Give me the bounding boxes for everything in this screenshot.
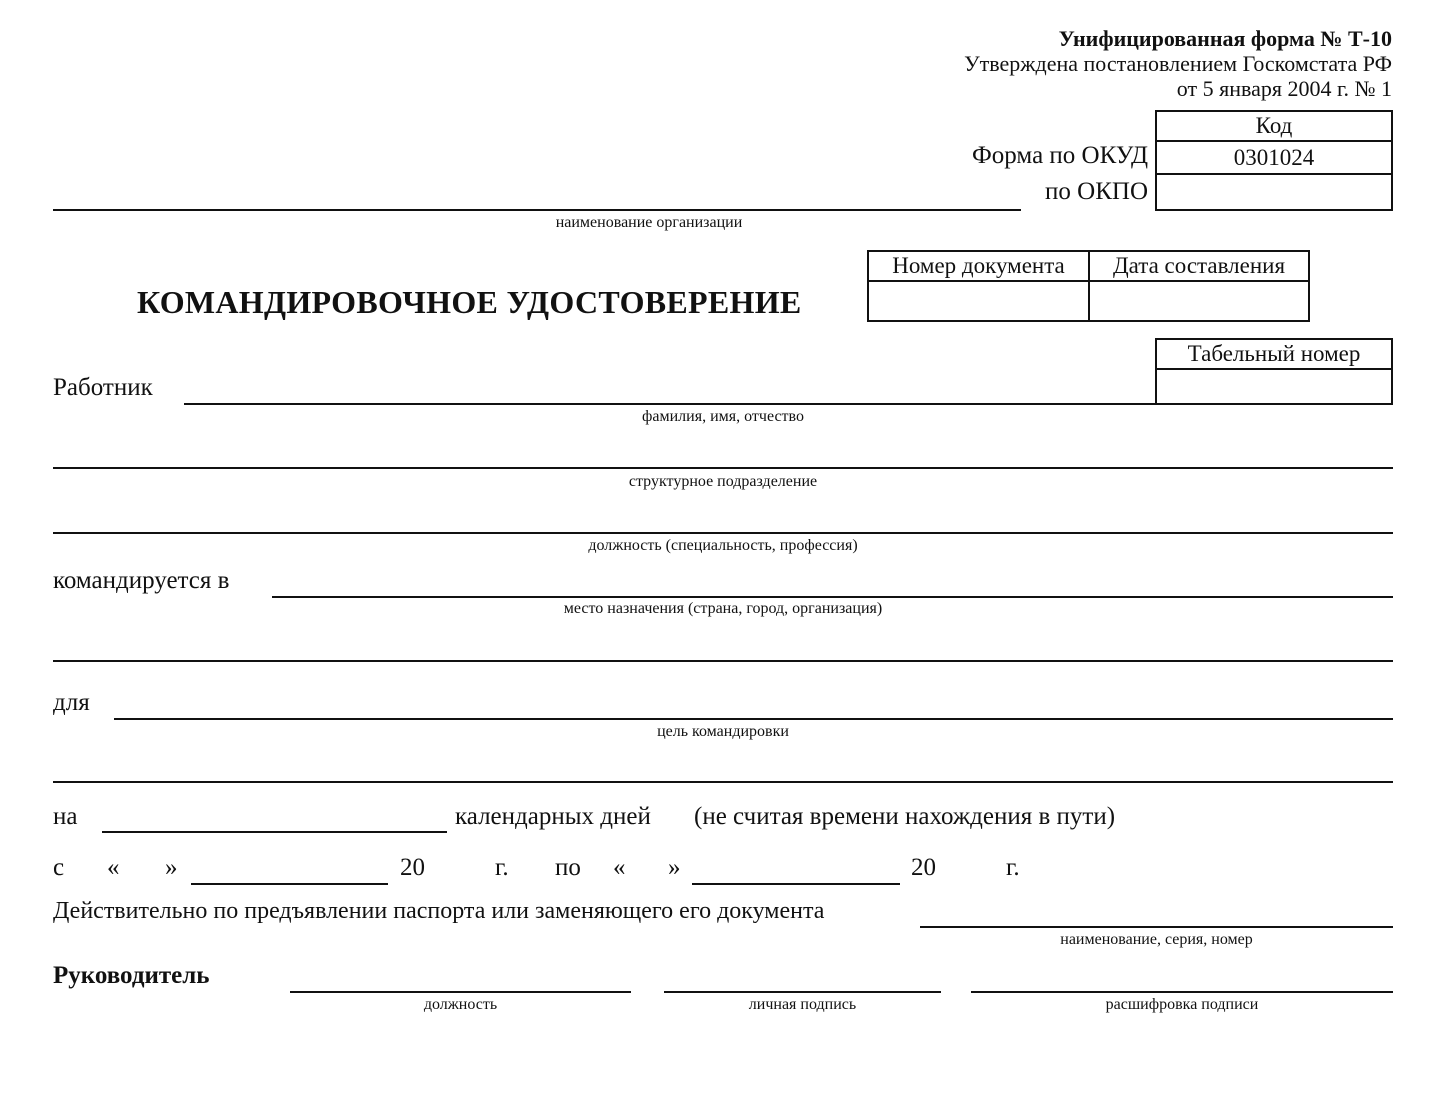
employee-name-field[interactable] xyxy=(184,403,1157,405)
employee-name-caption: фамилия, имя, отчество xyxy=(53,408,1393,426)
okpo-label: по ОКПО xyxy=(1045,178,1148,206)
doc-number-field[interactable] xyxy=(868,281,1089,321)
date-to-open-quote: « xyxy=(613,854,626,882)
date-from-year-prefix: 20 xyxy=(400,854,425,882)
purpose-field[interactable] xyxy=(114,718,1393,720)
organization-field[interactable] xyxy=(53,209,1021,211)
position-caption: должность (специальность, профессия) xyxy=(53,537,1393,555)
employee-label: Работник xyxy=(53,374,153,402)
approval-line-1: Утверждена постановлением Госкомстата РФ xyxy=(964,51,1392,77)
position-field[interactable] xyxy=(53,532,1393,534)
purpose-caption: цель командировки xyxy=(53,723,1393,741)
date-from-open-quote: « xyxy=(107,854,120,882)
approval-line-2: от 5 января 2004 г. № 1 xyxy=(1177,76,1392,102)
date-from-year-suffix: г. xyxy=(495,854,509,882)
date-to-close-quote: » xyxy=(668,854,681,882)
form-title: Унифицированная форма № Т-10 xyxy=(1059,26,1392,52)
destination-caption: место назначения (страна, город, организ… xyxy=(53,600,1393,618)
duration-suffix: календарных дней xyxy=(455,803,651,831)
organization-caption: наименование организации xyxy=(53,214,1245,232)
manager-decoding-field[interactable] xyxy=(971,991,1393,993)
destination-label: командируется в xyxy=(53,567,229,595)
doc-date-header: Дата составления xyxy=(1089,251,1309,281)
purpose-field-line-2[interactable] xyxy=(53,781,1393,783)
duration-prefix: на xyxy=(53,803,77,831)
destination-field-line-2[interactable] xyxy=(53,660,1393,662)
manager-label: Руководитель xyxy=(53,962,210,990)
manager-position-caption: должность xyxy=(290,996,631,1014)
passport-text: Действительно по предъявлении паспорта и… xyxy=(53,898,824,925)
manager-position-field[interactable] xyxy=(290,991,631,993)
tab-number-header: Табельный номер xyxy=(1156,339,1392,369)
manager-signature-caption: личная подпись xyxy=(664,996,941,1014)
document-title: КОМАНДИРОВОЧНОЕ УДОСТОВЕРЕНИЕ xyxy=(137,284,802,321)
codes-table: Код 0301024 xyxy=(1155,110,1393,211)
doc-number-date-table: Номер документа Дата составления xyxy=(867,250,1310,322)
doc-date-field[interactable] xyxy=(1089,281,1309,321)
date-to-year-prefix: 20 xyxy=(911,854,936,882)
duration-note: (не считая времени нахождения в пути) xyxy=(694,803,1115,831)
code-header: Код xyxy=(1156,111,1392,141)
destination-field[interactable] xyxy=(272,596,1393,598)
okud-label: Форма по ОКУД xyxy=(972,142,1148,170)
date-from-label: с xyxy=(53,854,64,882)
date-from-close-quote: » xyxy=(165,854,178,882)
duration-days-field[interactable] xyxy=(102,831,447,833)
manager-signature-field[interactable] xyxy=(664,991,941,993)
okpo-value-field[interactable] xyxy=(1156,174,1392,210)
okud-value[interactable]: 0301024 xyxy=(1156,141,1392,174)
passport-caption: наименование, серия, номер xyxy=(920,931,1393,949)
date-to-month-field[interactable] xyxy=(692,883,900,885)
tab-number-table: Табельный номер xyxy=(1155,338,1393,405)
passport-field[interactable] xyxy=(920,926,1393,928)
date-to-label: по xyxy=(555,854,581,882)
department-field[interactable] xyxy=(53,467,1393,469)
department-caption: структурное подразделение xyxy=(53,473,1393,491)
manager-decoding-caption: расшифровка подписи xyxy=(971,996,1393,1014)
tab-number-field[interactable] xyxy=(1156,369,1392,404)
purpose-label: для xyxy=(53,689,90,717)
doc-number-header: Номер документа xyxy=(868,251,1089,281)
date-to-year-suffix: г. xyxy=(1006,854,1020,882)
date-from-month-field[interactable] xyxy=(191,883,388,885)
